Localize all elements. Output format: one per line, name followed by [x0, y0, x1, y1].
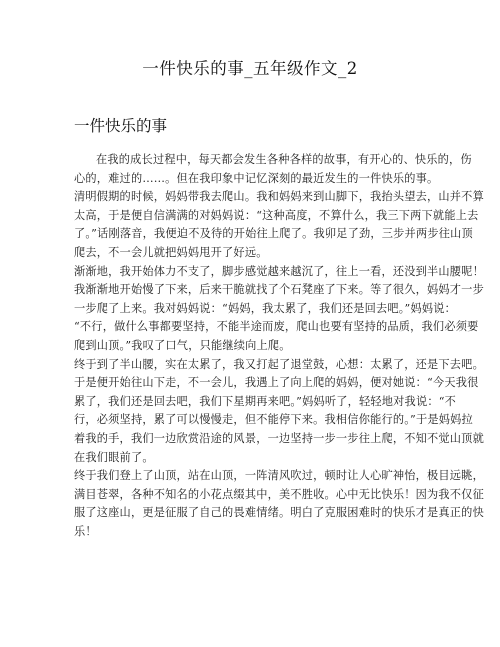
body-line: 心的，难过的……。但在我印象中记忆深刻的最近发生的一件快乐的事。 — [74, 170, 434, 189]
body-line: 在我们眼前了。 — [74, 449, 434, 468]
body-line: 终于到了半山腰，实在太累了，我又打起了退堂鼓，心想：太累了，还是下去吧。 — [74, 356, 434, 375]
body-line: 我渐渐地开始慢了下来，后来干脆就找了个石凳座了下来。等了很久，妈妈才一步 — [74, 281, 434, 300]
document-title: 一件快乐的事_五年级作文_2 — [0, 59, 500, 79]
body-line: 爬去，不一会儿就把妈妈甩开了好远。 — [74, 244, 434, 263]
section-heading: 一件快乐的事 — [74, 116, 167, 136]
body-line: 太高，于是便自信满满的对妈妈说：“这种高度，不算什么，我三下两下就能上去 — [74, 207, 434, 226]
body-line: 着我的手，我们一边欣赏沿途的风景，一边坚持一步一步往上爬，不知不觉山顶就 — [74, 430, 434, 449]
body-line: 于是便开始往山下走，不一会儿，我遇上了向上爬的妈妈，便对她说：“今天我很 — [74, 374, 434, 393]
body-line: 一步爬了上来。我对妈妈说：“妈妈，我太累了，我们还是回去吧。”妈妈说： — [74, 300, 434, 319]
body-line: 在我的成长过程中，每天都会发生各种各样的故事，有开心的、快乐的，伤 — [74, 151, 434, 170]
document-page: 一件快乐的事_五年级作文_2 一件快乐的事 在我的成长过程中，每天都会发生各种各… — [0, 0, 500, 647]
body-line: 终于我们登上了山顶，站在山顶，一阵清风吹过，顿时让人心旷神怡，极目远眺， — [74, 467, 434, 486]
body-line: 服了这座山，更是征服了自己的畏难情绪。明白了克服困难时的快乐才是真正的快 — [74, 504, 434, 523]
body-line: 了。”话刚落音，我便迫不及待的开始往上爬了。我卯足了劲，三步并两步往山顶 — [74, 225, 434, 244]
body-line: 爬到山顶。”我叹了口气，只能继续向上爬。 — [74, 337, 434, 356]
body-line: 清明假期的时候，妈妈带我去爬山。我和妈妈来到山脚下，我抬头望去，山并不算 — [74, 188, 434, 207]
body-line: “不行，做什么事都要坚持，不能半途而废，爬山也要有坚持的品质，我们必须要 — [74, 318, 434, 337]
body-line: 渐渐地，我开始体力不支了，脚步感觉越来越沉了，往上一看，还没到半山腰呢！ — [74, 263, 434, 282]
body-line: 满目苍翠，各种不知名的小花点缀其中，美不胜收。心中无比快乐！因为我不仅征 — [74, 486, 434, 505]
body-line: 累了，我们还是回去吧，我们下星期再来吧。”妈妈听了，轻轻地对我说：“不 — [74, 393, 434, 412]
body-line: 乐！ — [74, 523, 434, 542]
document-body: 在我的成长过程中，每天都会发生各种各样的故事，有开心的、快乐的，伤 心的，难过的… — [74, 151, 434, 541]
body-line: 行，必须坚持，累了可以慢慢走，但不能停下来。我相信你能行的。”于是妈妈拉 — [74, 411, 434, 430]
